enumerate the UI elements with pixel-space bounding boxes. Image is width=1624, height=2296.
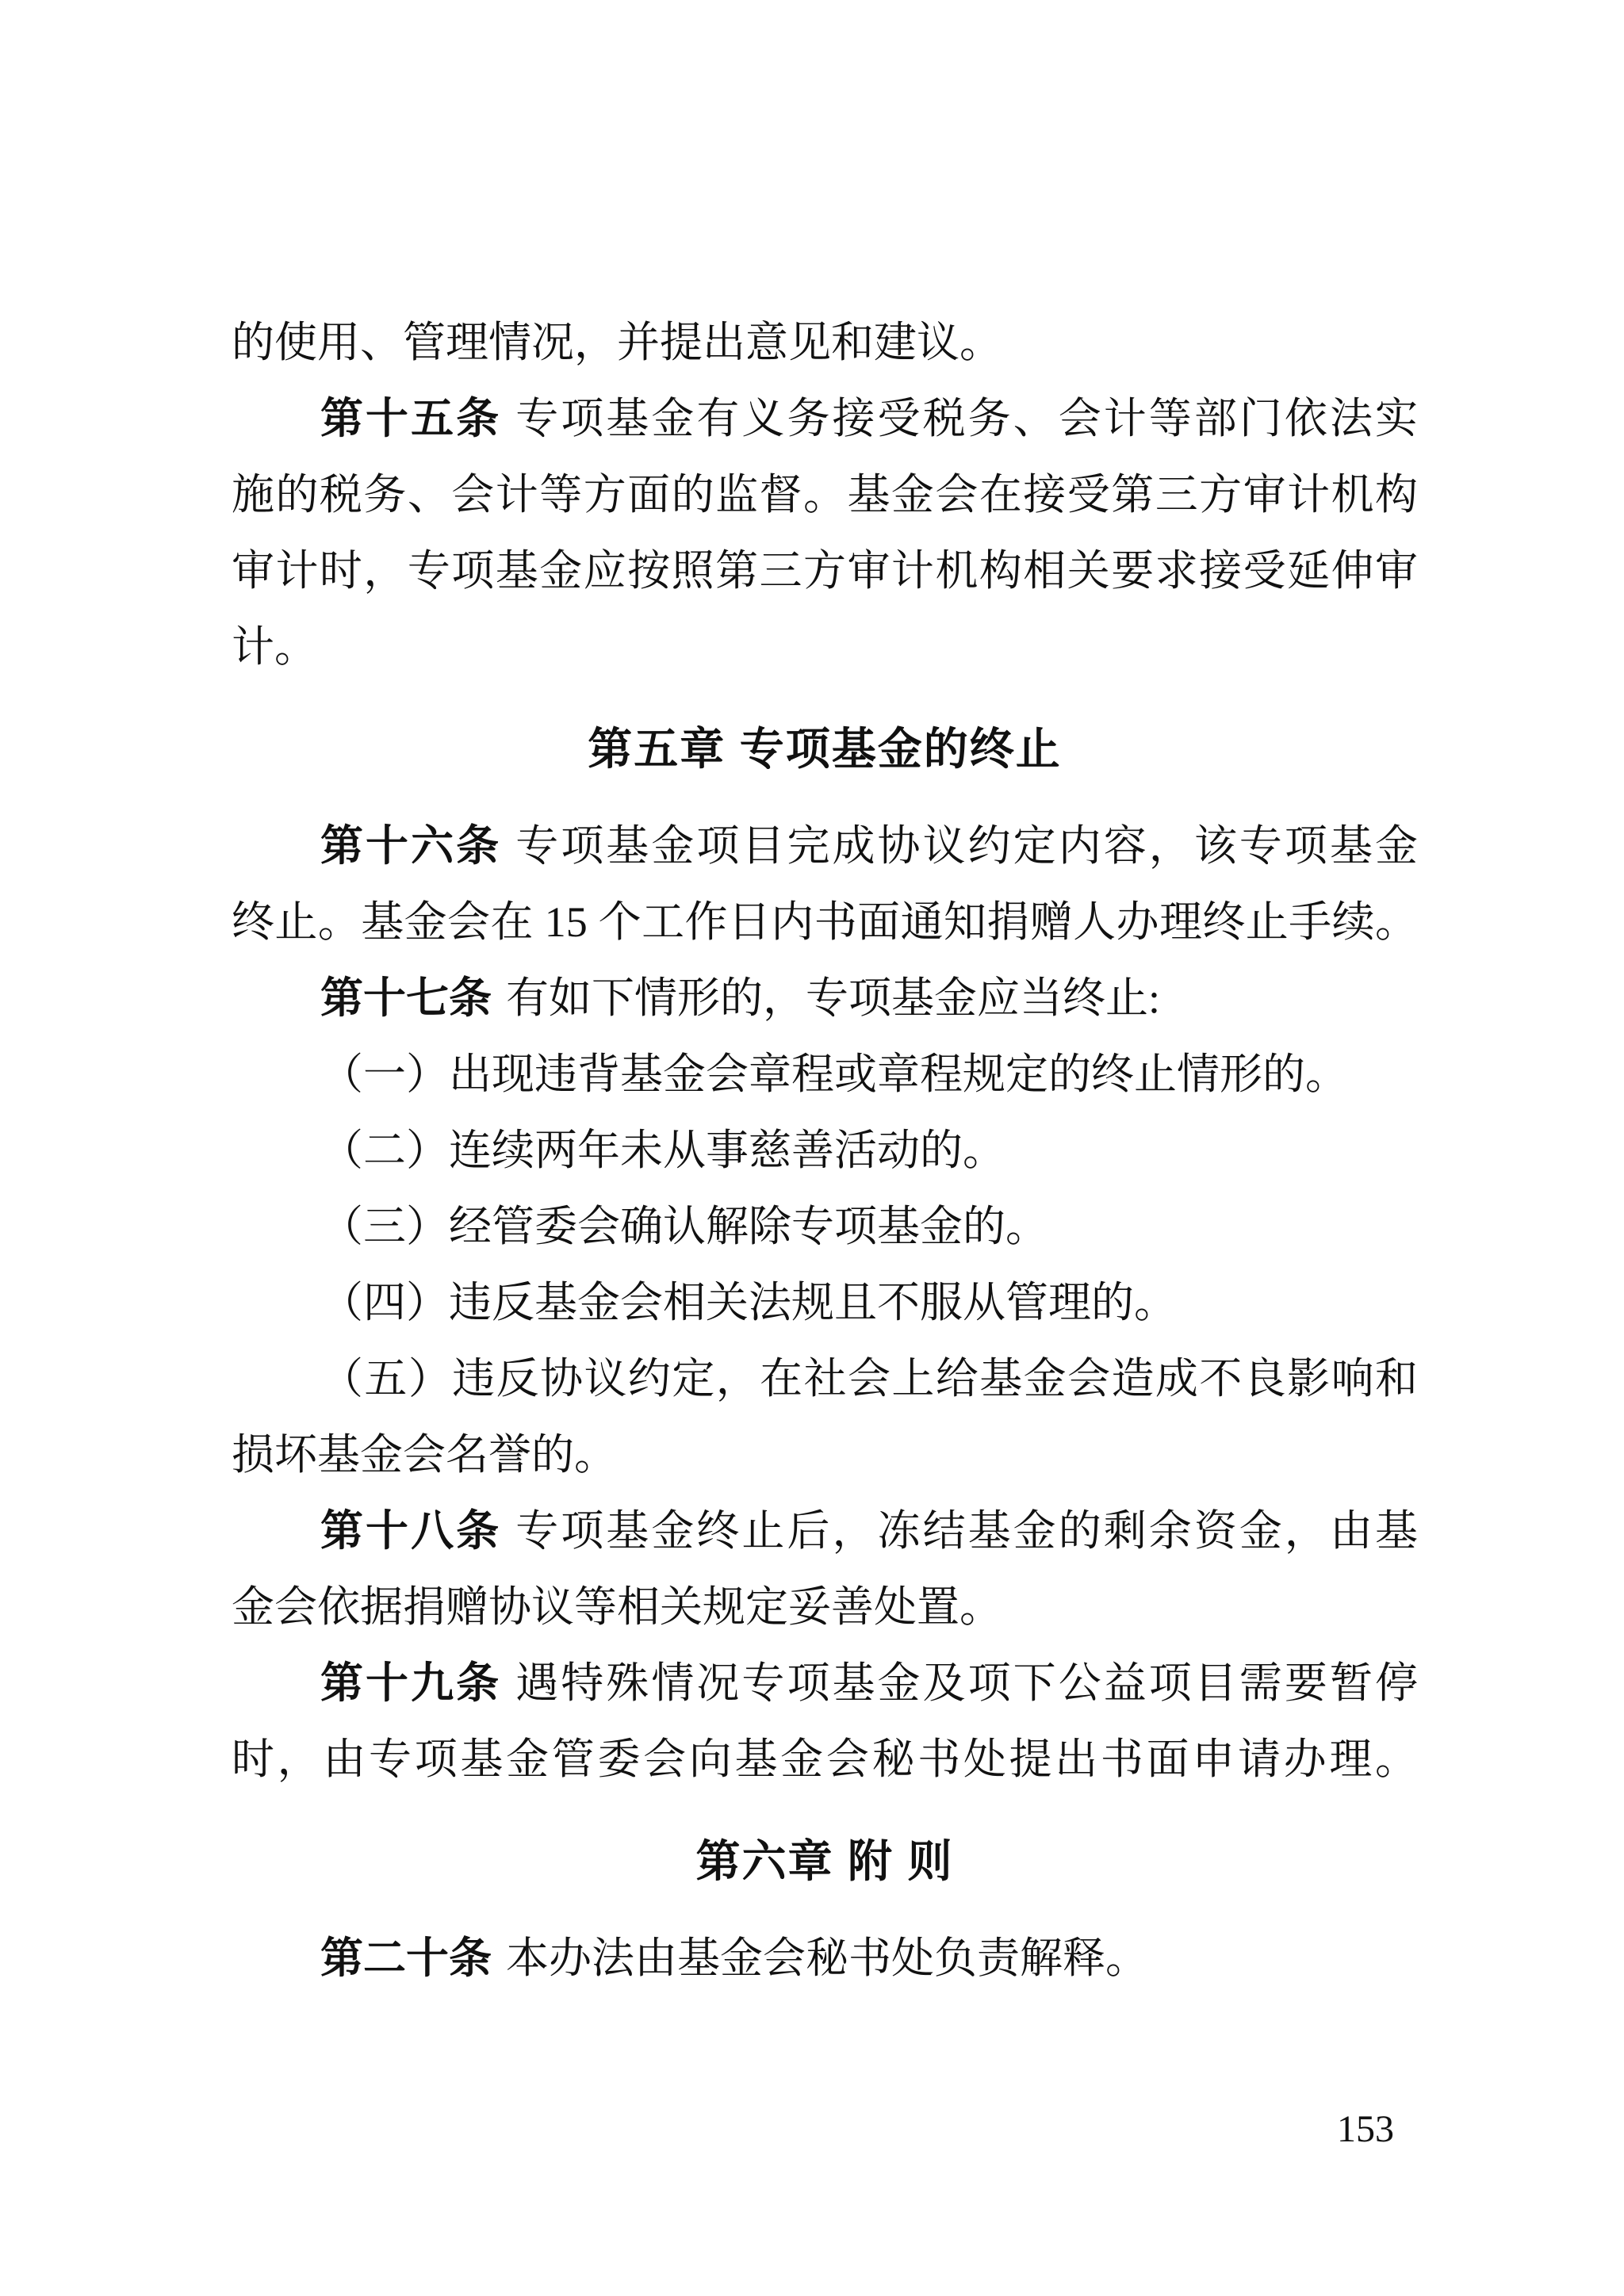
line-text: （四）违反基金会相关法规且不服从管理的。 <box>320 1279 1177 1326</box>
chapter-heading: 第六章 附 则 <box>232 1823 1418 1900</box>
line-text: 终止。基金会在 15 个工作日内书面通知捐赠人办理终止手续。 <box>232 898 1418 946</box>
line-text: 审计时，专项基金应按照第三方审计机构相关要求接受延伸审 <box>232 547 1418 595</box>
article-number: 第十五条 <box>320 395 515 442</box>
chapter-heading: 第五章 专项基金的终止 <box>232 711 1418 787</box>
text-line: 第十八条专项基金终止后，冻结基金的剩余资金，由基 <box>232 1493 1418 1569</box>
line-text: 遇特殊情况专项基金及项下公益项目需要暂停 <box>515 1659 1418 1707</box>
line-text: 的使用、管理情况，并提出意见和建议。 <box>232 319 1002 366</box>
line-text: 本办法由基金会秘书处负责解释。 <box>506 1934 1148 1982</box>
article-number: 第十七条 <box>320 974 506 1022</box>
text-line: 施的税务、会计等方面的监督。基金会在接受第三方审计机构 <box>232 457 1418 533</box>
article-number: 第二十条 <box>320 1934 506 1982</box>
line-text: （五）违反协议约定，在社会上给基金会造成不良影响和 <box>320 1355 1418 1402</box>
text-line: 金会依据捐赠协议等相关规定妥善处置。 <box>232 1569 1418 1645</box>
line-text: （二）连续两年未从事慈善活动的。 <box>320 1127 1005 1174</box>
document-body: 的使用、管理情况，并提出意见和建议。第十五条专项基金有义务接受税务、会计等部门依… <box>232 304 1418 1996</box>
text-line: （三）经管委会确认解除专项基金的。 <box>232 1188 1418 1265</box>
line-text: 专项基金有义务接受税务、会计等部门依法实 <box>515 395 1418 442</box>
line-text: （三）经管委会确认解除专项基金的。 <box>320 1203 1048 1250</box>
heading-text: 第六章 附 则 <box>695 1836 953 1886</box>
article-number: 第十八条 <box>320 1507 515 1555</box>
text-line: 第十七条有如下情形的，专项基金应当终止: <box>232 960 1418 1036</box>
text-line: （四）违反基金会相关法规且不服从管理的。 <box>232 1265 1418 1341</box>
line-text: 金会依据捐赠协议等相关规定妥善处置。 <box>232 1583 1002 1631</box>
line-text: 时，由专项基金管委会向基金会秘书处提出书面申请办理。 <box>232 1735 1418 1783</box>
text-line: （二）连续两年未从事慈善活动的。 <box>232 1112 1418 1188</box>
text-line: 计。 <box>232 609 1418 685</box>
line-text: 专项基金终止后，冻结基金的剩余资金，由基 <box>515 1507 1418 1555</box>
text-line: 时，由专项基金管委会向基金会秘书处提出书面申请办理。 <box>232 1721 1418 1797</box>
line-text: 施的税务、会计等方面的监督。基金会在接受第三方审计机构 <box>232 471 1418 519</box>
text-line: 第二十条本办法由基金会秘书处负责解释。 <box>232 1920 1418 1996</box>
text-line: 第十九条遇特殊情况专项基金及项下公益项目需要暂停 <box>232 1645 1418 1721</box>
line-text: 损坏基金会名誉的。 <box>232 1431 617 1479</box>
text-line: 第十六条专项基金项目完成协议约定内容，该专项基金 <box>232 808 1418 884</box>
text-line: 损坏基金会名誉的。 <box>232 1417 1418 1493</box>
text-line: 第十五条专项基金有义务接受税务、会计等部门依法实 <box>232 381 1418 457</box>
document-page: 的使用、管理情况，并提出意见和建议。第十五条专项基金有义务接受税务、会计等部门依… <box>0 0 1624 2296</box>
line-text: 计。 <box>232 623 317 671</box>
line-text: （一）出现违背基金会章程或章程规定的终止情形的。 <box>320 1050 1348 1098</box>
article-number: 第十九条 <box>320 1659 515 1707</box>
text-line: （一）出现违背基金会章程或章程规定的终止情形的。 <box>232 1036 1418 1112</box>
text-line: 终止。基金会在 15 个工作日内书面通知捐赠人办理终止手续。 <box>232 884 1418 960</box>
page-number: 153 <box>1337 2109 1394 2151</box>
heading-text: 第五章 专项基金的终止 <box>588 724 1062 774</box>
line-text: 专项基金项目完成协议约定内容，该专项基金 <box>515 822 1418 870</box>
text-line: （五）违反协议约定，在社会上给基金会造成不良影响和 <box>232 1341 1418 1417</box>
text-line: 审计时，专项基金应按照第三方审计机构相关要求接受延伸审 <box>232 533 1418 609</box>
article-number: 第十六条 <box>320 822 515 870</box>
line-text: 有如下情形的，专项基金应当终止: <box>506 974 1160 1022</box>
text-line: 的使用、管理情况，并提出意见和建议。 <box>232 304 1418 381</box>
